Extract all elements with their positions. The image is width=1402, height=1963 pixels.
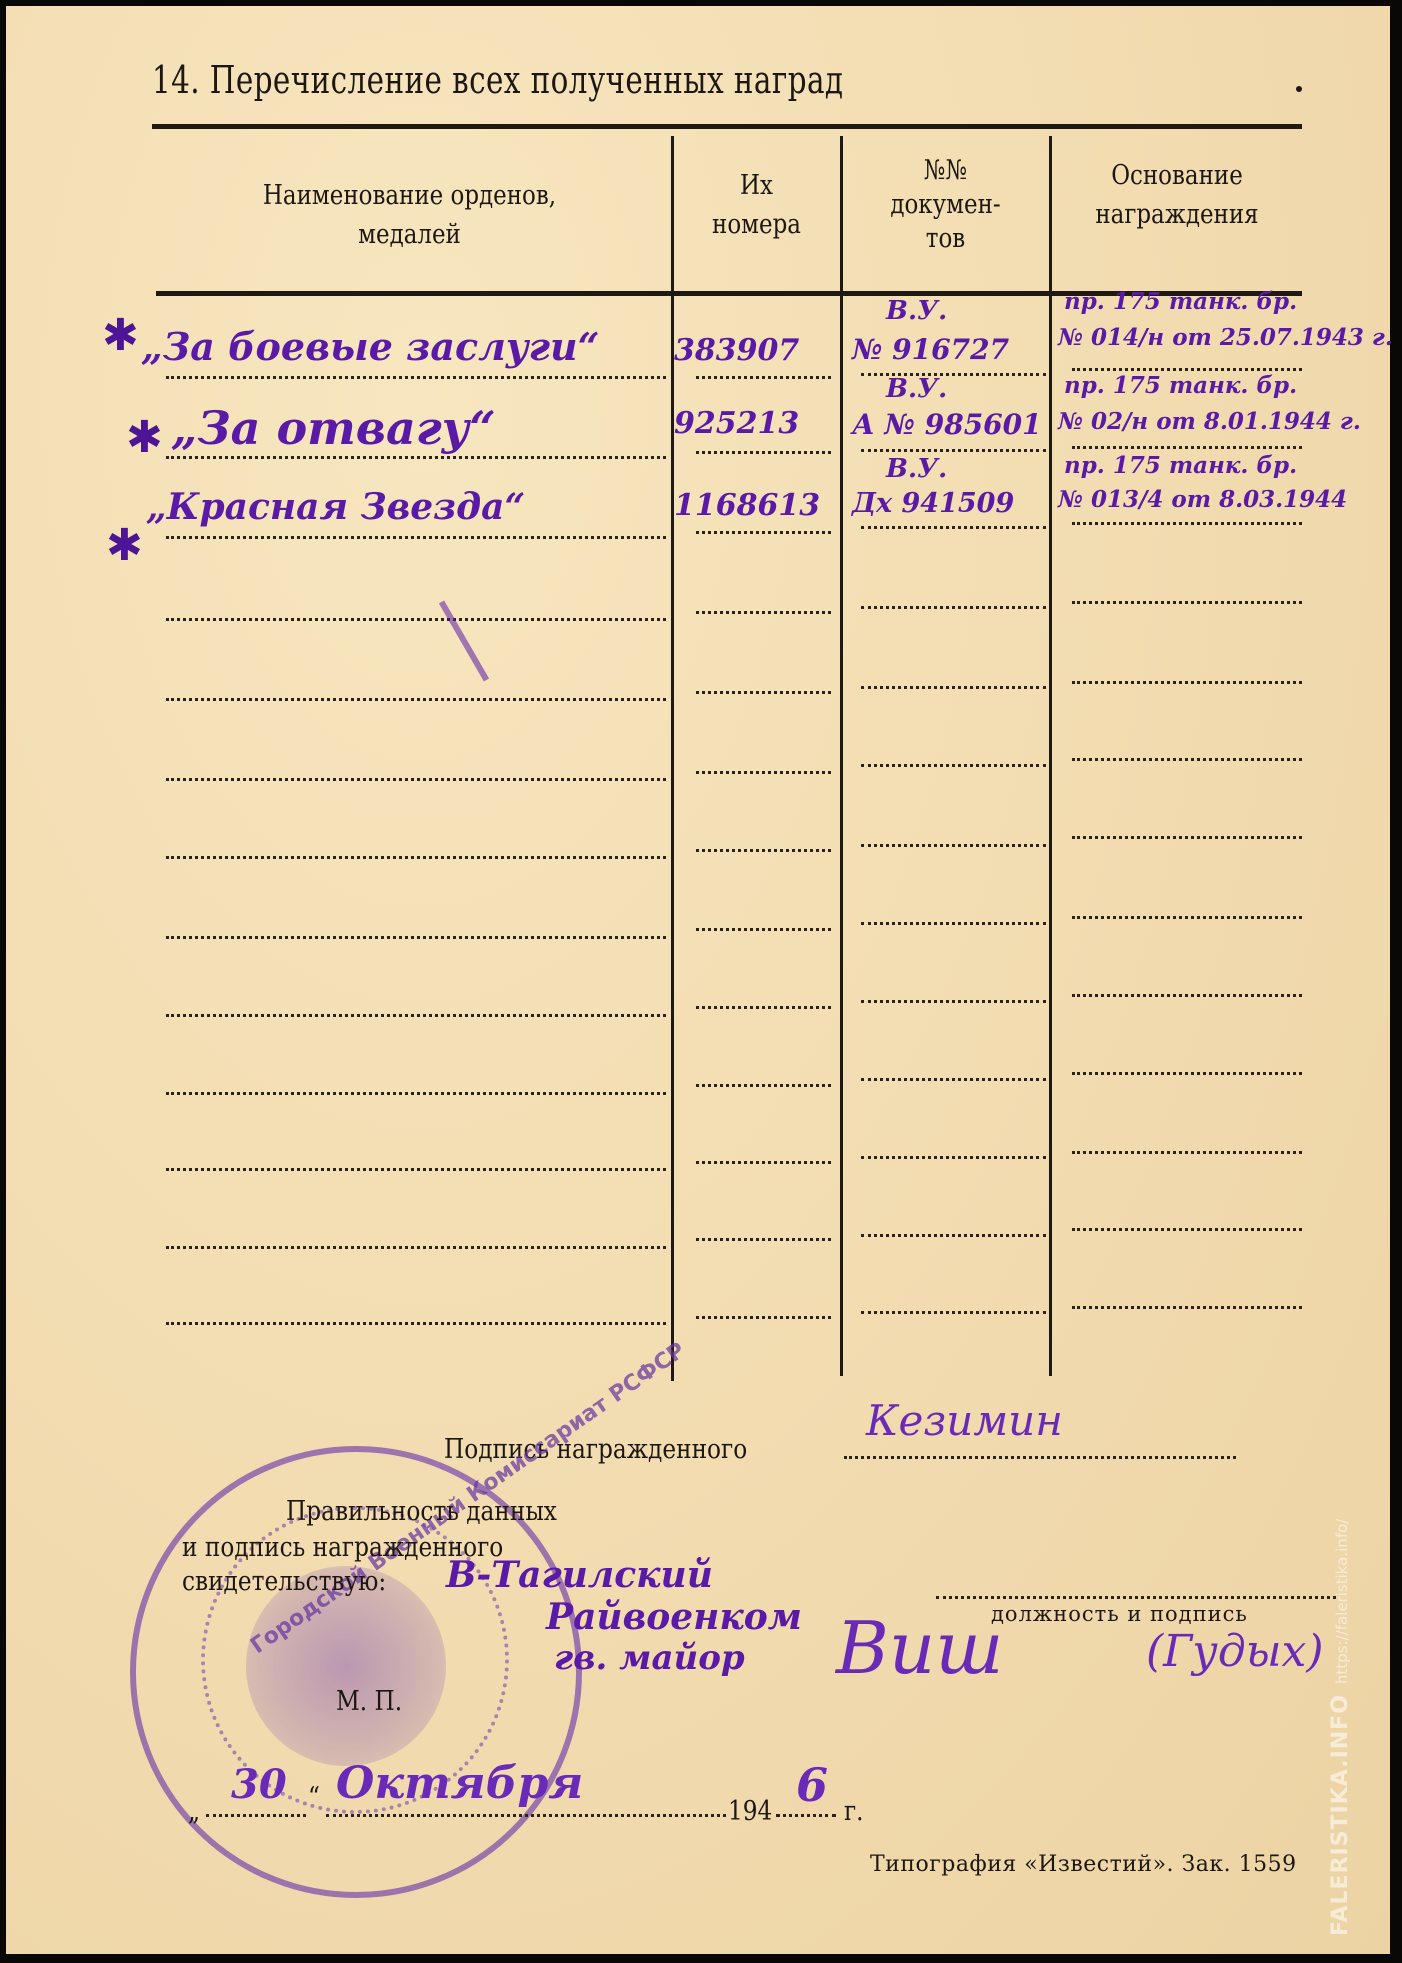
row-line (1072, 522, 1302, 525)
row-line (696, 1238, 831, 1241)
star-icon: ✱ (106, 524, 143, 568)
award-number: 383907 (674, 333, 799, 368)
row-line (696, 1316, 831, 1319)
row-line (696, 611, 831, 614)
award-basis-line2: № 013/4 от 8.03.1944 (1058, 486, 1347, 513)
column-divider-1 (671, 136, 674, 1381)
header-basis: Основание награждения (1071, 156, 1284, 234)
row-line (861, 606, 1046, 609)
row-line (1072, 1228, 1302, 1231)
award-basis-line1: пр. 175 танк. бр. (1064, 452, 1297, 479)
row-line (696, 451, 831, 454)
row-line (1072, 1306, 1302, 1309)
row-line (166, 1092, 666, 1095)
date-open-quote: „ (188, 1796, 200, 1827)
row-line (861, 449, 1046, 452)
award-basis-line1: пр. 175 танк. бр. (1064, 372, 1297, 399)
date-day: 30 (231, 1761, 287, 1808)
document-series: В.У. (886, 296, 947, 326)
row-line (166, 698, 666, 701)
header-numbers: Их номера (686, 166, 826, 244)
row-line (861, 1156, 1046, 1159)
seal-placeholder-label: М. П. (336, 1686, 402, 1717)
row-line (861, 686, 1046, 689)
table-top-rule (152, 124, 1302, 129)
row-line (1072, 836, 1302, 839)
row-line (166, 1168, 666, 1171)
row-line (166, 778, 666, 781)
document-number: Дх 941509 (852, 488, 1014, 519)
row-line (1072, 681, 1302, 684)
document-page: 14. Перечисление всех полученных наград … (6, 6, 1390, 1954)
row-line (696, 849, 831, 852)
official-signature: Виш (836, 1606, 1003, 1690)
award-basis-line2: № 014/н от 25.07.1943 г. (1058, 324, 1393, 351)
watermark: FALERISTIKA.INFOhttps://faleristika.info… (1328, 1519, 1353, 1936)
document-number: № 916727 (852, 333, 1009, 366)
certification-line1: Правильность данных (286, 1496, 557, 1527)
watermark-url: https://faleristika.info/ (1333, 1519, 1351, 1684)
row-line (166, 856, 666, 859)
row-line (696, 376, 831, 379)
row-line (696, 1084, 831, 1087)
section-title: 14. Перечисление всех полученных наград (152, 58, 843, 102)
row-line (861, 1000, 1046, 1003)
header-documents: №№ докумен- тов (858, 154, 1032, 255)
row-line (696, 531, 831, 534)
column-divider-3 (1049, 136, 1052, 1376)
row-line (861, 1311, 1046, 1314)
date-year-suffix: 6 (796, 1758, 828, 1812)
signer-rank: гв. майор (554, 1638, 745, 1678)
row-line (166, 536, 666, 539)
date-year-line (776, 1814, 836, 1817)
recipient-signature: Кезимин (866, 1396, 1063, 1445)
row-line (696, 691, 831, 694)
ink-stroke (439, 601, 489, 682)
row-line (861, 526, 1046, 529)
row-line (166, 618, 666, 621)
recipient-signature-label: Подпись награжденного (444, 1434, 747, 1465)
row-line (1072, 1151, 1302, 1154)
row-line (861, 1234, 1046, 1237)
signer-position: Райвоенком (546, 1596, 802, 1638)
star-icon: ✱ (126, 416, 163, 460)
row-line (696, 928, 831, 931)
military-commissariat-name: В-Тагилский (446, 1554, 713, 1596)
row-line (1072, 601, 1302, 604)
document-series: В.У. (886, 454, 947, 484)
award-name: „За боевые заслуги“ (141, 324, 600, 369)
signature-caption: должность и подпись (991, 1602, 1248, 1626)
row-line (696, 1006, 831, 1009)
row-line (861, 844, 1046, 847)
date-year-prefix: 194 (728, 1796, 772, 1827)
printer-imprint: Типография «Известий». Зак. 1559 (870, 1852, 1297, 1877)
date-month: Октября (336, 1758, 583, 1809)
row-line (861, 922, 1046, 925)
ink-dot (1296, 86, 1302, 92)
recipient-signature-line (844, 1456, 1236, 1459)
document-number: А № 985601 (852, 408, 1042, 441)
header-award-name: Наименование орденов, медалей (191, 176, 629, 254)
row-line (166, 1322, 666, 1325)
date-month-line (326, 1814, 726, 1817)
row-line (1072, 446, 1302, 449)
row-line (166, 1246, 666, 1249)
row-line (696, 1161, 831, 1164)
row-line (861, 1078, 1046, 1081)
official-signature-line (936, 1596, 1336, 1599)
award-name: „Красная Звезда“ (146, 486, 525, 528)
award-number: 1168613 (674, 488, 820, 523)
watermark-brand: FALERISTIKA.INFO (1328, 1694, 1353, 1936)
date-year-unit: г. (844, 1796, 864, 1827)
row-line (1072, 1072, 1302, 1075)
row-line (1072, 994, 1302, 997)
row-line (861, 764, 1046, 767)
row-line (696, 771, 831, 774)
signer-name: (Гудых) (1146, 1626, 1324, 1677)
document-series: В.У. (886, 374, 947, 404)
row-line (1072, 368, 1302, 371)
row-line (166, 936, 666, 939)
star-icon: ✱ (102, 314, 139, 358)
row-line (1072, 916, 1302, 919)
row-line (166, 456, 666, 459)
row-line (166, 1014, 666, 1017)
row-line (166, 376, 666, 379)
award-name: „За отвагу“ (171, 401, 496, 455)
award-number: 925213 (674, 406, 799, 441)
date-close-quote: “ (308, 1782, 320, 1813)
row-line (1072, 758, 1302, 761)
date-day-line (206, 1814, 306, 1817)
award-basis-line2: № 02/н от 8.01.1944 г. (1058, 408, 1361, 435)
certification-line3: свидетельствую: (182, 1566, 386, 1597)
column-divider-2 (840, 136, 843, 1376)
award-basis-line1: пр. 175 танк. бр. (1064, 288, 1297, 315)
